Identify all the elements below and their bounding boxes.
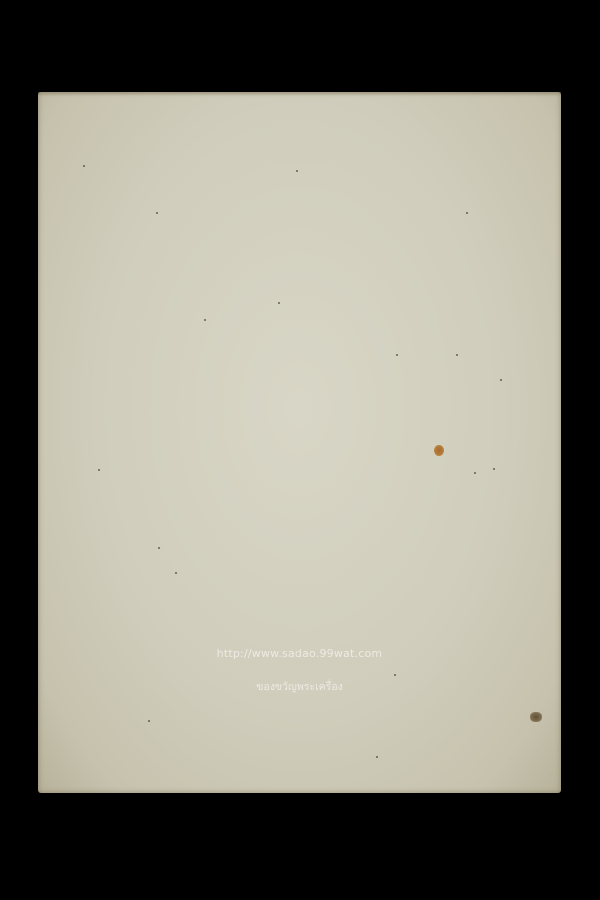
speck [158, 547, 160, 549]
speck [83, 165, 85, 167]
watermark-thai-text: ของขวัญพระเครื่อง [38, 678, 561, 695]
speck [204, 319, 206, 321]
rust-stain [434, 445, 444, 456]
card-edge [38, 92, 561, 96]
speck [474, 472, 476, 474]
speck [493, 468, 495, 470]
ink-blot [530, 712, 542, 722]
speck [278, 302, 280, 304]
speck [376, 756, 378, 758]
speck [98, 469, 100, 471]
watermark-url: http://www.sadao.99wat.com [38, 647, 561, 660]
speck [175, 572, 177, 574]
speck [296, 170, 298, 172]
speck [148, 720, 150, 722]
paper-card: http://www.sadao.99wat.com ของขวัญพระเคร… [38, 92, 561, 793]
speck [500, 379, 502, 381]
speck [466, 212, 468, 214]
speck [396, 354, 398, 356]
speck [156, 212, 158, 214]
speck [394, 674, 396, 676]
speck [456, 354, 458, 356]
